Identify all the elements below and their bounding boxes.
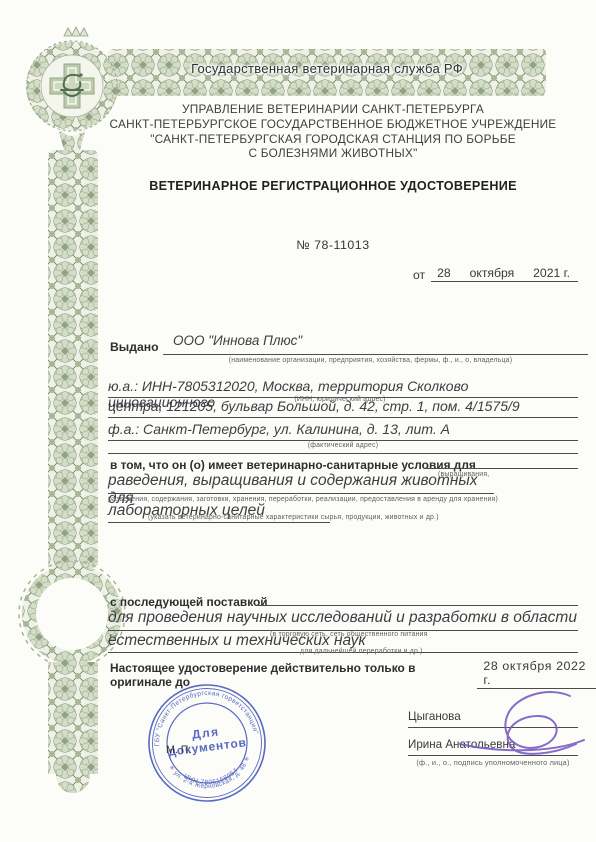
left-guilloche-strip-upper [48, 150, 98, 568]
validity-date: 28 октября 2022 г. [477, 659, 596, 689]
conditions-caption-end: (указать ветеринарно-санитарные характер… [148, 514, 439, 522]
header-line-2: САНКТ-ПЕТЕРБУРГСКОЕ ГОСУДАРСТВЕННОЕ БЮДЖ… [90, 117, 576, 132]
issue-date: от 28 октября 2021 г. [413, 266, 578, 282]
supply-caption2: для дальнейшей переработки и др.) [300, 648, 423, 656]
conditions-intro: в том, что он (о) имеет ветеринарно-сани… [110, 458, 476, 472]
conditions-intro-line [424, 448, 578, 469]
supply-label: с последующей поставкой [110, 595, 268, 609]
certificate-number: № 78-11013 [90, 238, 576, 252]
header-line-4: С БОЛЕЗНЯМИ ЖИВОТНЫХ" [90, 146, 576, 161]
round-stamp: ГБУ "Санкт-Петербургская горветстанция" … [141, 677, 273, 809]
agency-band-label: Государственная ветеринарная служба РФ [108, 61, 546, 76]
green-cross-icon [50, 64, 94, 108]
supply-label-line [258, 585, 578, 606]
left-border-end-cap [56, 759, 90, 793]
supply-value-line1: для проведения научных исследований и ра… [108, 609, 578, 631]
actual-address-value: ф.а.: Санкт-Петербург, ул. Калинина, д. … [108, 421, 578, 441]
header-line-3: "САНКТ-ПЕТЕРБУРГСКАЯ ГОРОДСКАЯ СТАНЦИЯ П… [90, 132, 576, 147]
mp-place-of-seal-label: М. П. [166, 744, 191, 756]
issued-to-caption: (наименование организации, предприятия, … [163, 357, 578, 365]
legal-address-line1: ю.а.: ИНН-7805312020, Москва, территория… [108, 378, 578, 398]
legal-address-caption: (ИНН, юридический адрес) [200, 396, 480, 404]
handwritten-signature [408, 688, 590, 780]
conditions-value-line1: раведения, выращивания и содержания живо… [108, 472, 494, 494]
left-guilloche-strip-lower [48, 662, 98, 774]
issuing-authority-header: УПРАВЛЕНИЕ ВЕТЕРИНАРИИ САНКТ-ПЕТЕРБУРГА … [90, 102, 576, 161]
issue-date-value: 28 октября 2021 г. [431, 266, 578, 282]
issued-to-value: ООО "Иннова Плюс" [163, 333, 588, 355]
issue-date-prefix: от [413, 268, 425, 282]
certificate-page: Государственная ветеринарная служба РФ У… [0, 0, 596, 842]
issue-date-month: октября [470, 266, 515, 280]
issue-date-year: 2021 г. [533, 266, 570, 280]
issued-to-label: Выдано [110, 340, 159, 354]
issue-date-day: 28 [437, 266, 451, 280]
snake-bowl-icon [61, 73, 83, 96]
header-line-1: УПРАВЛЕНИЕ ВЕТЕРИНАРИИ САНКТ-ПЕТЕРБУРГА [90, 102, 576, 117]
document-title: ВЕТЕРИНАРНОЕ РЕГИСТРАЦИОННОЕ УДОСТОВЕРЕН… [90, 179, 576, 193]
